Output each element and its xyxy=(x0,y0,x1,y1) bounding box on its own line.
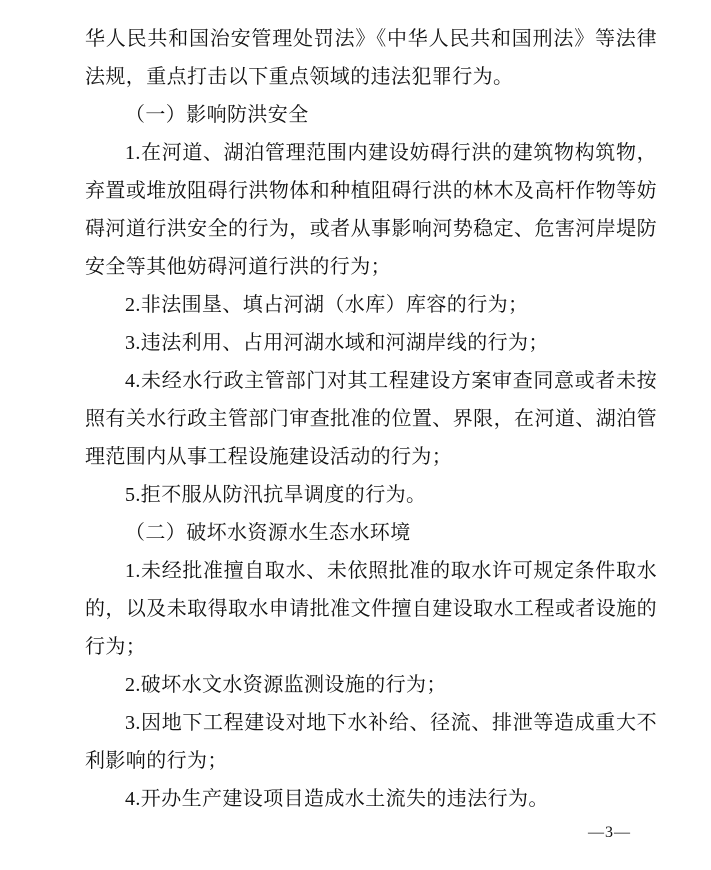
list-item: 3.因地下工程建设对地下水补给、径流、排泄等造成重大不利影响的行为； xyxy=(85,704,657,780)
list-item: 4.未经水行政主管部门对其工程建设方案审查同意或者未按照有关水行政主管部门审查批… xyxy=(85,362,657,476)
list-item: 5.拒不服从防汛抗旱调度的行为。 xyxy=(85,476,657,514)
document-body: 华人民共和国治安管理处罚法》《中华人民共和国刑法》等法律法规，重点打击以下重点领… xyxy=(85,20,657,818)
list-item: 2.非法围垦、填占河湖（水库）库容的行为； xyxy=(85,286,657,324)
list-item: 2.破坏水文水资源监测设施的行为； xyxy=(85,666,657,704)
list-item: 1.未经批准擅自取水、未依照批准的取水许可规定条件取水的，以及未取得取水申请批准… xyxy=(85,552,657,666)
section-heading-1: （一）影响防洪安全 xyxy=(85,96,657,134)
list-item: 3.违法利用、占用河湖水域和河湖岸线的行为； xyxy=(85,324,657,362)
section-heading-2: （二）破坏水资源水生态水环境 xyxy=(85,514,657,552)
list-item: 4.开办生产建设项目造成水土流失的违法行为。 xyxy=(85,780,657,818)
paragraph-continuation: 华人民共和国治安管理处罚法》《中华人民共和国刑法》等法律法规，重点打击以下重点领… xyxy=(85,20,657,96)
page-number: —3— xyxy=(588,824,631,842)
list-item: 1.在河道、湖泊管理范围内建设妨碍行洪的建筑物构筑物，弃置或堆放阻碍行洪物体和种… xyxy=(85,134,657,286)
document-page: 华人民共和国治安管理处罚法》《中华人民共和国刑法》等法律法规，重点打击以下重点领… xyxy=(0,0,711,870)
